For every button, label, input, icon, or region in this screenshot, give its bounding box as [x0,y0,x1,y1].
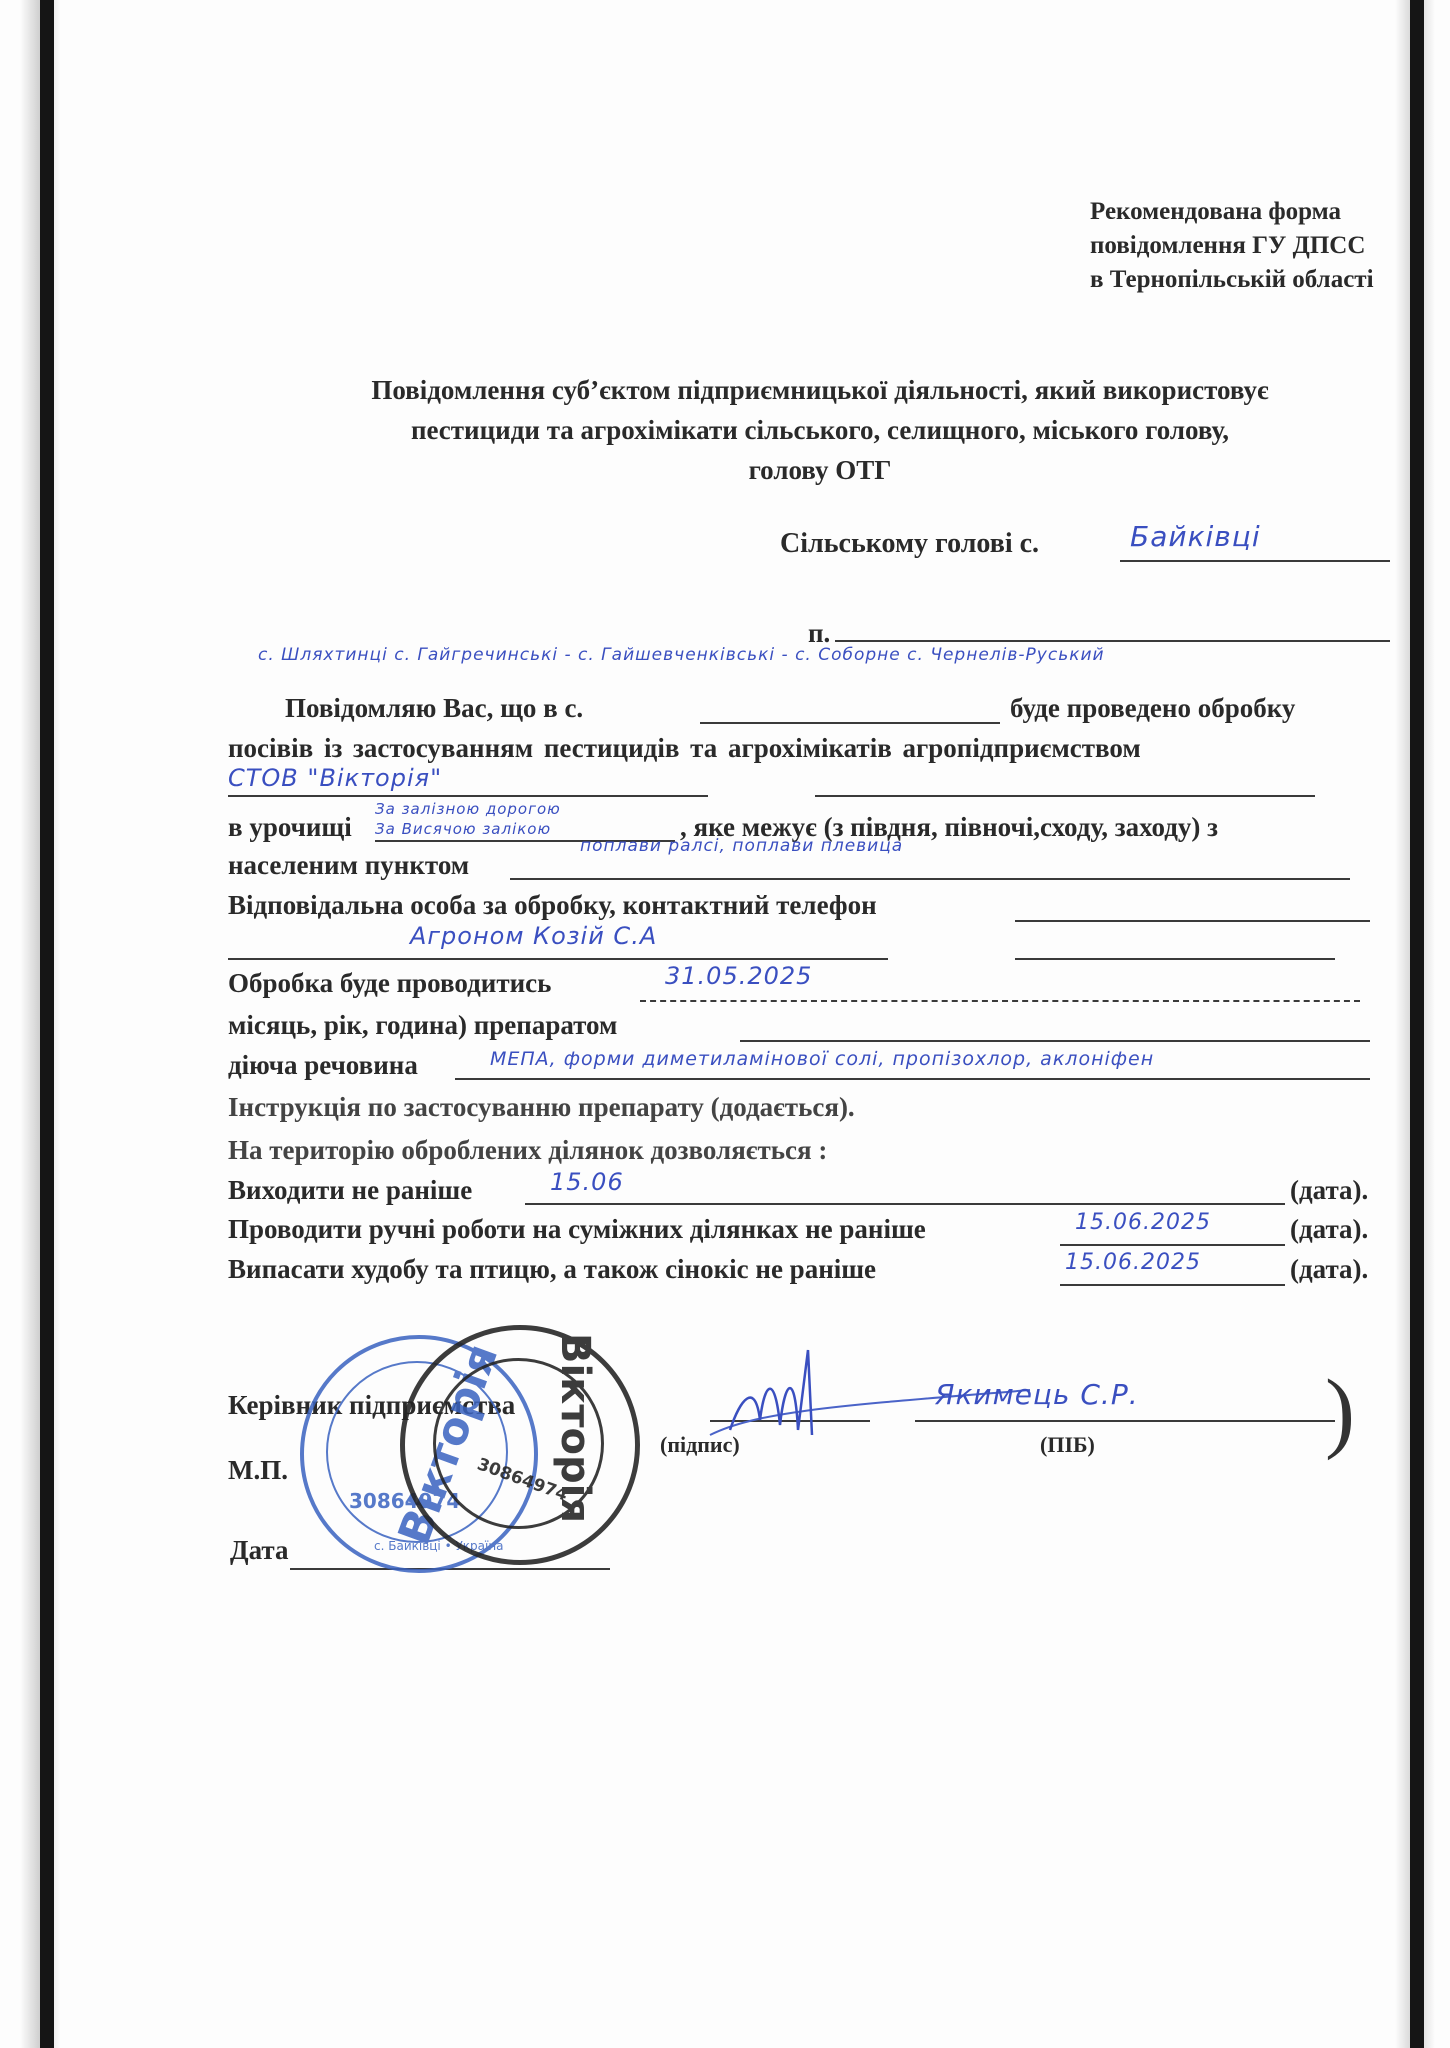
permission-exit-line [525,1203,1285,1205]
substance-handwritten: МЕПА, форми диметиламінової солі, пропіз… [490,1048,1154,1070]
month-label: місяць, рік, година) препаратом [228,1010,617,1041]
treatment-line [640,1000,1360,1002]
addressee-village-line [1120,560,1390,562]
permission-grazing-line [1060,1284,1285,1286]
scan-artifact-left-bar [40,0,54,2048]
addressee-label: Сільському голові с. [780,528,1039,560]
permission-manual-suffix: (дата). [1290,1214,1368,1245]
body-line1-end: буде проведено обробку [1010,693,1295,724]
permission-exit-suffix: (дата). [1290,1175,1368,1206]
form-note-line: в Тернопільській області [1090,263,1374,297]
addressee-village: Байківці [1130,520,1261,553]
p-line [835,640,1390,642]
tract-handwritten-1: За залізною дорогою [375,800,561,818]
settlement-handwritten: поплави ралсі, поплави плевица [580,836,903,856]
scan-artifact-right-bar [1410,0,1424,2048]
enterprise-line-1 [228,795,708,797]
responsible-handwritten: Агроном Козій С.А [410,922,657,950]
permission-manual-label: Проводити ручні роботи на суміжних ділян… [228,1214,926,1245]
instruction-line: Інструкція по застосуванню препарату (до… [228,1092,855,1123]
settlement-label: населеним пунктом [228,850,469,881]
treatment-label: Обробка буде проводитись [228,968,551,999]
responsible-label: Відповідальна особа за обробку, контактн… [228,890,877,921]
villages-handwritten: с. Шляхтинці с. Гайгречинські - с. Гайше… [258,645,1105,665]
enterprise-line-2 [815,795,1315,797]
form-note-line: Рекомендована форма [1090,195,1374,229]
tract-label: в урочищі [228,812,352,843]
treatment-date-handwritten: 31.05.2025 [665,962,812,990]
substance-line [455,1078,1370,1080]
form-note-line: повідомлення ГУ ДПСС [1090,229,1374,263]
name-line [915,1420,1335,1422]
permission-grazing-suffix: (дата). [1290,1254,1368,1285]
form-note: Рекомендована форма повідомлення ГУ ДПСС… [1090,195,1374,297]
body-line1-start: Повідомляю Вас, що в с. [285,693,583,724]
responsible-line-1 [1015,920,1370,922]
settlement-line [510,878,1350,880]
title-line: Повідомлення суб’єктом підприємницької д… [240,370,1400,410]
substance-label: діюча речовина [228,1050,418,1081]
tract-handwritten-2: За Висячою залікою [375,820,551,838]
permission-grazing-label: Випасати худобу та птицю, а також сінокі… [228,1254,876,1285]
permission-exit-label: Виходити не раніше [228,1175,472,1206]
document-title: Повідомлення суб’єктом підприємницької д… [240,370,1400,490]
title-line: пестициди та агрохімікати сільського, се… [240,410,1400,450]
head-name-handwritten: Якимець С.Р. [935,1378,1139,1411]
responsible-line-2 [228,958,888,960]
body-line2: посівів із застосуванням пестицидів та а… [228,733,1141,764]
name-caption: (ПІБ) [1040,1432,1095,1458]
title-line: голову ОТГ [240,450,1400,490]
enterprise-handwritten: СТОВ "Вікторія" [228,764,442,792]
responsible-line-3 [1015,958,1335,960]
preparation-line [740,1040,1370,1042]
permission-grazing-date: 15.06.2025 [1065,1250,1201,1275]
black-stamp: Вікторія 30864974 [400,1325,640,1565]
allowed-line: На територію оброблених ділянок дозволяє… [228,1135,827,1166]
bracket-icon: ) [1325,1360,1355,1463]
permission-manual-date: 15.06.2025 [1075,1210,1211,1235]
permission-manual-line [1060,1244,1285,1246]
date-label: Дата [230,1535,288,1566]
village-line [700,722,1000,724]
seal-label: М.П. [228,1455,288,1486]
permission-exit-date: 15.06 [550,1168,624,1196]
